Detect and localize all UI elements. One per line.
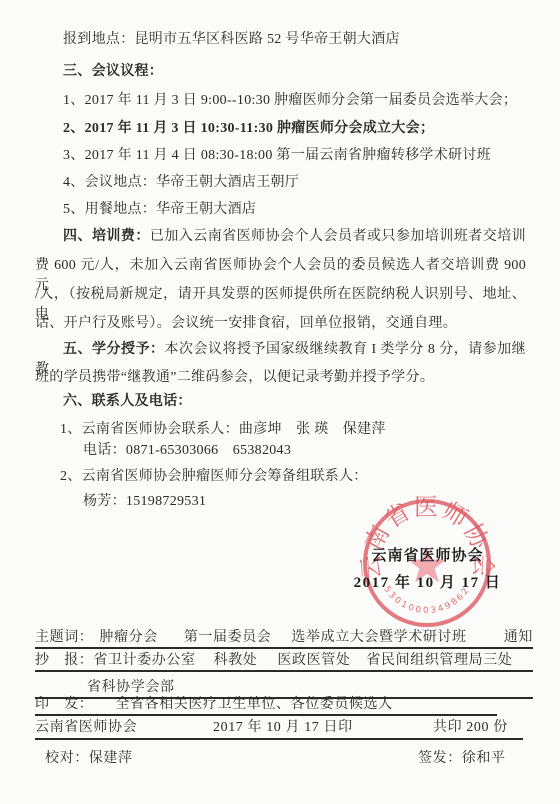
subject-label: 主题词：: [35, 628, 93, 647]
seal-org-name: 云南省医师协会: [340, 544, 515, 565]
issuer-name: 云南省医师协会: [35, 719, 137, 737]
agenda-item-3: 3、2017 年 11 月 4 日 08:30-18:00 第一届云南省肿瘤转移…: [35, 146, 526, 166]
fee-paragraph-line-1: 四、培训费：已加入云南省医师协会个人会员者或只参加培训班者交培训: [35, 227, 526, 247]
cc-item-4: 省民间组织管理局三处: [366, 651, 512, 670]
footer-cc-row: 抄 报： 省卫计委办公室 科教处 医政医管处 省民间组织管理局三处: [35, 651, 533, 672]
subject-term-4: 通知: [504, 628, 533, 647]
print-date: 2017 年 10 月 17 日印: [213, 719, 353, 737]
registration-location: 报到地点：昆明市五华区科医路 52 号华帝王朝大酒店: [35, 30, 526, 50]
footer-imprint-row: 云南省医师协会 2017 年 10 月 17 日印 共印 200 份: [35, 720, 523, 740]
cc-item-3: 医政医管处: [277, 651, 350, 670]
contact-1: 1、云南省医师协会联系人：曲彦坤 张 瑛 保建萍: [35, 420, 526, 440]
footer-print-row: 印 发： 全省各相关医疗卫生单位、各位委员候选人: [35, 698, 497, 716]
fee-heading: 四、培训费：: [63, 229, 150, 244]
agenda-item-5: 5、用餐地点：华帝王朝大酒店: [35, 200, 526, 220]
subject-term-3: 选举成立大会暨学术研讨班: [291, 628, 466, 647]
agenda-item-2: 2、2017 年 11 月 3 日 10:30-11:30 肿瘤医师分会成立大会…: [35, 119, 526, 139]
fee-text-1: 已加入云南省医师协会个人会员者或只参加培训班者交培训: [150, 229, 526, 244]
subject-term-1: 肿瘤分会: [99, 628, 157, 647]
subject-term-2: 第一届委员会: [184, 628, 272, 647]
cc-label: 抄 报：: [35, 651, 93, 670]
print-distribution: 全省各相关医疗卫生单位、各位委员候选人: [115, 695, 392, 714]
footer-subject-row: 主题词： 肿瘤分会 第一届委员会 选举成立大会暨学术研讨班 通知: [35, 626, 533, 649]
footer-signoff-row: 校对：保建萍 签发：徐和平: [35, 750, 523, 768]
contact-1-phone: 电话：0871-65303066 65382043: [35, 441, 526, 461]
seal-date: 2017 年 10 月 17 日: [340, 571, 515, 592]
official-seal: 云南省医师协会 5301000349862 云南省医师协会 2017 年 10 …: [340, 476, 515, 651]
fee-paragraph-line-4: 话、开户行及账号）。会议统一安排食宿，回单位报销，交通自理。: [35, 314, 526, 334]
proofreader: 校对：保建萍: [45, 750, 133, 768]
credit-paragraph-line-2: 班的学员携带“继教通”二维码参会，以便记录考勤并授予学分。: [35, 368, 526, 388]
document-page: 报到地点：昆明市五华区科医路 52 号华帝王朝大酒店 三、会议议程： 1、201…: [0, 0, 560, 804]
cc-item-2: 科教处: [214, 651, 258, 670]
cc-item-1: 省卫计委办公室: [93, 651, 195, 670]
agenda-item-4: 4、会议地点：华帝王朝大酒店王朝厅: [35, 173, 526, 193]
print-label: 印 发：: [35, 695, 93, 714]
credit-heading: 五、学分授予：: [63, 342, 164, 357]
heading-agenda: 三、会议议程：: [35, 62, 526, 82]
copies-count: 共印 200 份: [433, 719, 508, 737]
heading-contacts: 六、联系人及电话：: [35, 392, 526, 412]
signer: 签发：徐和平: [418, 750, 506, 768]
agenda-item-1: 1、2017 年 11 月 3 日 9:00--10:30 肿瘤医师分会第一届委…: [35, 91, 526, 111]
